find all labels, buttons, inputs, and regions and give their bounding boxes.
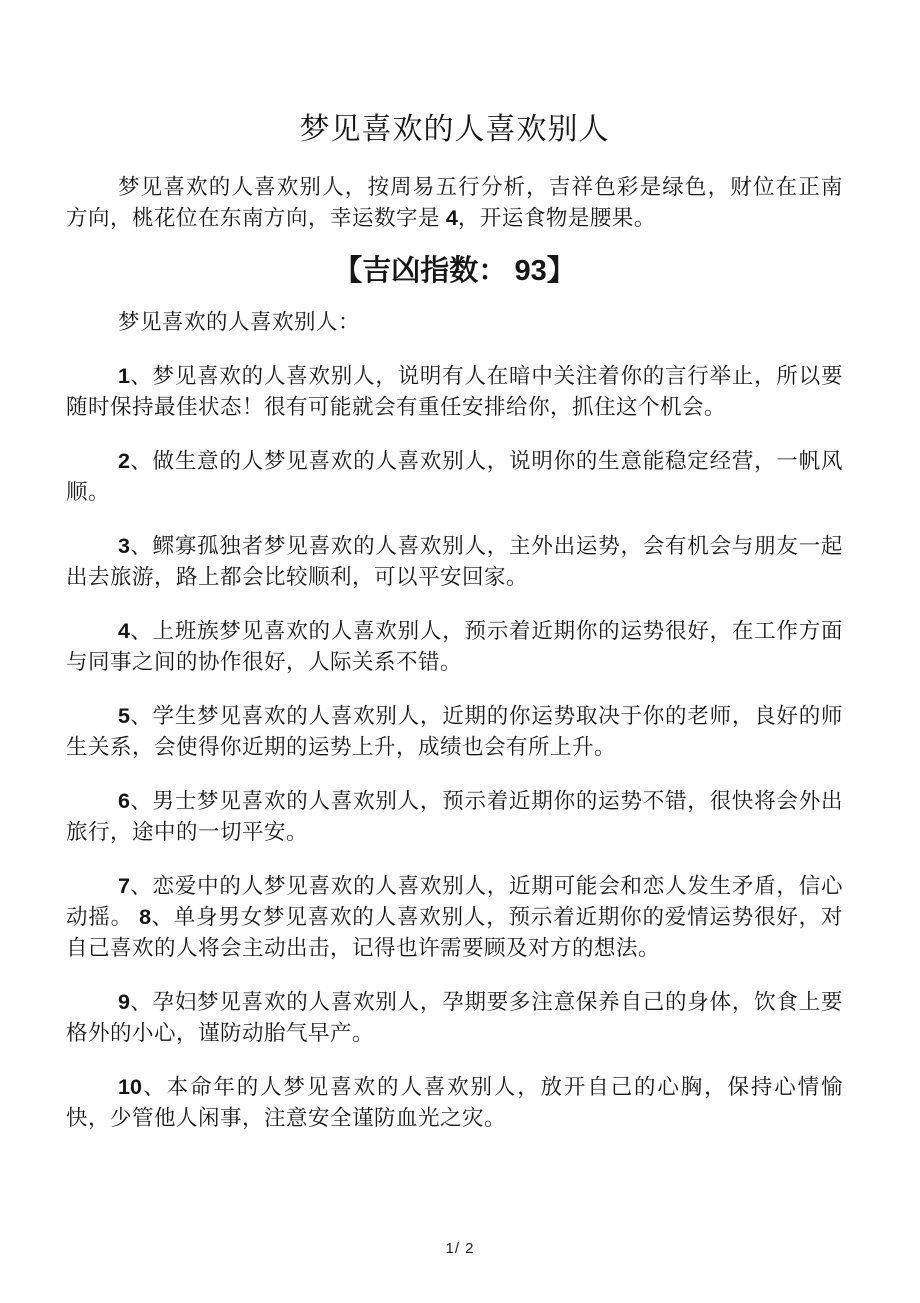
intro-paragraph: 梦见喜欢的人喜欢别人，按周易五行分析，吉祥色彩是绿色，财位在正南方向，桃花位在东… — [66, 172, 843, 234]
dream-item-paragraph: 6、男士梦见喜欢的人喜欢别人，预示着近期你的运势不错，很快将会外出旅行，途中的一… — [66, 786, 843, 848]
page-title: 梦见喜欢的人喜欢别人 — [66, 113, 843, 146]
document-content: 梦见喜欢的人喜欢别人 梦见喜欢的人喜欢别人，按周易五行分析，吉祥色彩是绿色，财位… — [66, 0, 843, 1134]
page-footer: 1/ 2 — [0, 1240, 920, 1257]
dream-item-paragraph: 5、学生梦见喜欢的人喜欢别人，近期的你运势取决于你的老师，良好的师生关系，会使得… — [66, 701, 843, 763]
dream-item-paragraph: 2、做生意的人梦见喜欢的人喜欢别人，说明你的生意能稳定经营，一帆风顺。 — [66, 446, 843, 508]
dream-item-paragraph: 7、恋爱中的人梦见喜欢的人喜欢别人，近期可能会和恋人发生矛盾，信心动摇。 8、单… — [66, 871, 843, 964]
list-lead: 梦见喜欢的人喜欢别人： — [66, 307, 843, 338]
document-page: 梦见喜欢的人喜欢别人 梦见喜欢的人喜欢别人，按周易五行分析，吉祥色彩是绿色，财位… — [0, 0, 920, 1303]
page-number: 1/ 2 — [445, 1240, 474, 1257]
dream-item-paragraph: 9、孕妇梦见喜欢的人喜欢别人，孕期要多注意保养自己的身体，饮食上要格外的小心，谨… — [66, 987, 843, 1049]
dream-item-paragraph: 10、本命年的人梦见喜欢的人喜欢别人，放开自己的心胸，保持心情愉快，少管他人闲事… — [66, 1072, 843, 1134]
dream-item-paragraph: 3、鳏寡孤独者梦见喜欢的人喜欢别人，主外出运势，会有机会与朋友一起出去旅游，路上… — [66, 531, 843, 593]
luck-index-heading: 【吉凶指数： 93】 — [66, 255, 843, 288]
dream-item-paragraph: 1、梦见喜欢的人喜欢别人，说明有人在暗中关注着你的言行举止，所以要随时保持最佳状… — [66, 361, 843, 423]
dream-item-paragraph: 4、上班族梦见喜欢的人喜欢别人，预示着近期你的运势很好，在工作方面与同事之间的协… — [66, 616, 843, 678]
